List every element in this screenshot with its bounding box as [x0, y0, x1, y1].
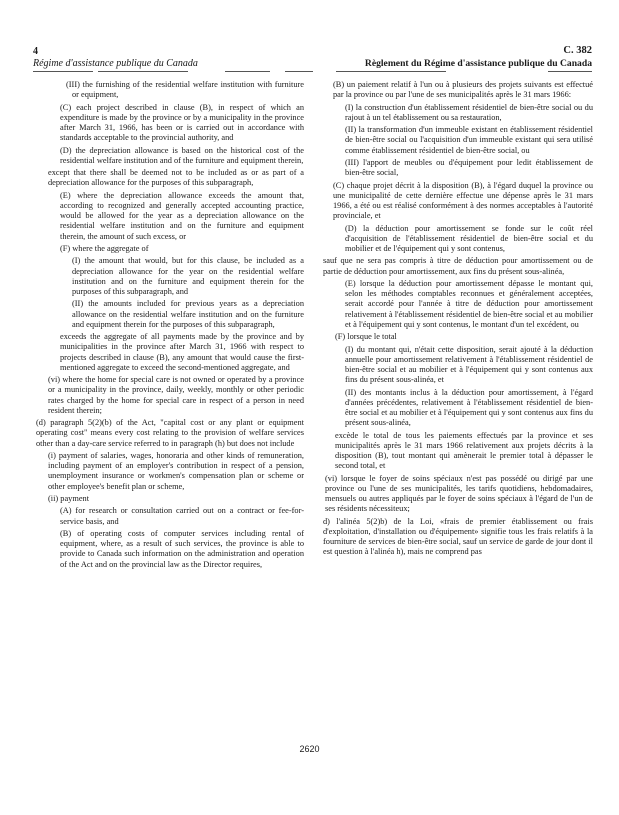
sous-alinea-vi: (vi) lorsque le foyer de soins spéciaux …: [325, 474, 593, 515]
clause-a-research: (A) for research or consultation carried…: [60, 506, 304, 526]
header-rule-right-2: [548, 71, 592, 72]
subparagraph-ii-payment: (ii) payment: [48, 494, 304, 504]
running-title-english: Régime d'assistance publique du Canada: [33, 58, 198, 69]
subclause-ii: (II) the amounts included for previous y…: [72, 299, 304, 330]
clause-d: (D) the depreciation allowance is based …: [60, 146, 304, 166]
clause-iii-furnishing: (III) the furnishing of the residential …: [72, 80, 304, 100]
paragraph-d: (d) paragraph 5(2)(b) of the Act, "capit…: [36, 418, 304, 449]
disposition-d: (D) la déduction pour amortissement se f…: [345, 224, 593, 255]
disposition-ii: (II) la transformation d'un immeuble exi…: [345, 125, 593, 156]
english-column: (III) the furnishing of the residential …: [44, 80, 304, 572]
subclause-i: (I) the amount that would, but for this …: [72, 256, 304, 297]
disposition-c: (C) chaque projet décrit à la dispositio…: [333, 181, 593, 222]
disposition-b: (B) un paiement relatif à l'un ou à plus…: [333, 80, 593, 100]
french-column: (B) un paiement relatif à l'un ou à plus…: [333, 80, 593, 560]
sous-disposition-ii: (II) des montants inclus à la déduction …: [345, 388, 593, 429]
except-clause: except that there shall be deemed not to…: [48, 168, 304, 188]
exceeds-clause: exceeds the aggregate of all payments ma…: [60, 332, 304, 373]
header-rule-right: [336, 71, 446, 72]
subparagraph-i-salaries: (i) payment of salaries, wages, honorari…: [48, 451, 304, 492]
header-rule-left-2: [98, 71, 188, 72]
header-rule-left-3: [225, 71, 270, 72]
running-title-french: Règlement du Régime d'assistance publiqu…: [365, 58, 592, 69]
clause-b-computer: (B) of operating costs of computer servi…: [60, 529, 304, 570]
header-rule-left-4: [285, 71, 313, 72]
disposition-i: (I) la construction d'un établissement r…: [345, 103, 593, 123]
clause-c: (C) each project described in clause (B)…: [60, 103, 304, 144]
disposition-e: (E) lorsque la déduction pour amortissem…: [345, 279, 593, 330]
disposition-f: (F) lorsque le total: [335, 332, 593, 342]
alinea-d: d) l'alinéa 5(2)b) de la Loi, «frais de …: [323, 517, 593, 558]
clause-e: (E) where the depreciation allowance exc…: [60, 191, 304, 242]
chapter-code: C. 382: [563, 45, 592, 56]
page-number-footer: 2620: [0, 744, 619, 754]
page-number-left: 4: [33, 46, 38, 57]
excede-clause: excède le total de tous les paiements ef…: [335, 431, 593, 472]
sauf-que-clause: sauf que ne sera pas compris à titre de …: [323, 256, 593, 276]
subparagraph-vi: (vi) where the home for special care is …: [48, 375, 304, 416]
disposition-iii: (III) l'apport de meubles ou d'équipemen…: [345, 158, 593, 178]
clause-f: (F) where the aggregate of: [60, 244, 304, 254]
sous-disposition-i: (I) du montant qui, n'était cette dispos…: [345, 345, 593, 386]
header-rule-left: [33, 71, 93, 72]
